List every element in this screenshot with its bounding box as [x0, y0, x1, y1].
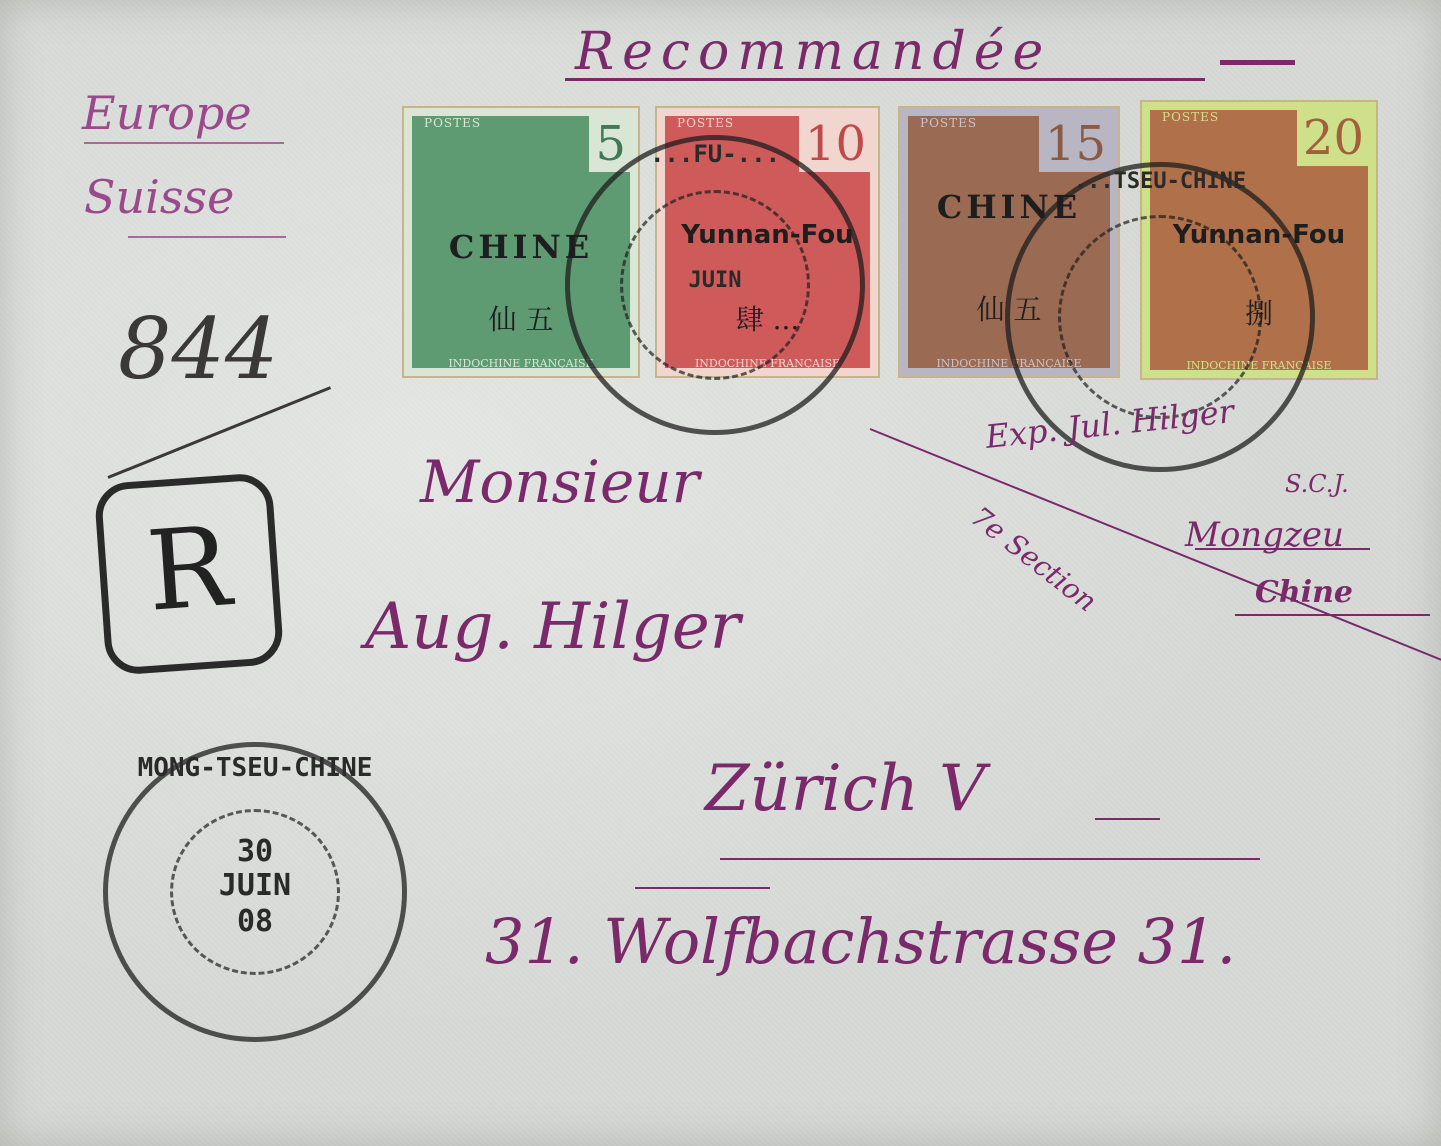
stamp-postes-label: POSTES — [920, 116, 977, 130]
street-overline — [635, 887, 770, 889]
stamp-postes-label: POSTES — [677, 116, 734, 130]
sender-underline-1 — [1195, 548, 1370, 550]
street: 31. Wolfbachstrasse 31. — [485, 905, 1236, 978]
sender-line-2: S.C.J. — [1285, 470, 1349, 498]
postmark-month: JUIN — [570, 270, 860, 292]
city-underline-2 — [1095, 818, 1160, 820]
postmark-text: ...FU-... — [570, 142, 860, 166]
number-underline — [107, 386, 331, 479]
addressee-name: Aug. Hilger — [365, 590, 740, 664]
destination-country: Suisse — [84, 170, 234, 224]
destination-region: Europe — [82, 86, 252, 140]
postmark-day: 30 — [108, 837, 402, 867]
registration-letter: R — [102, 499, 275, 638]
postmark-text: ...TSEU-CHINE — [1010, 171, 1310, 193]
stamp-value: 20 — [1297, 110, 1370, 166]
postmark-mong-tseu: MONG-TSEU-CHINE 30 JUIN 08 — [103, 742, 407, 1042]
postmark-text: MONG-TSEU-CHINE — [108, 755, 402, 781]
registration-label: R — [94, 472, 285, 676]
registration-number: 844 — [118, 300, 278, 398]
postmark-year: 08 — [108, 907, 402, 937]
recommandee-header: Recommandée — [575, 22, 1051, 82]
city: Zürich V — [705, 752, 985, 826]
city-underline-1 — [720, 858, 1260, 860]
envelope: Recommandée Europe Suisse 844 R POSTES 5… — [0, 0, 1441, 1146]
sender-line-5: 7e Section — [965, 500, 1103, 618]
stamp-value: 15 — [1039, 116, 1112, 172]
country-underline — [128, 236, 286, 238]
postmark-month: JUIN — [108, 871, 402, 901]
header-dash — [1220, 60, 1295, 65]
addressee-salutation: Monsieur — [420, 448, 699, 516]
postmark-cancel-left: ...FU-... JUIN — [565, 135, 865, 435]
header-underline — [565, 78, 1205, 81]
region-underline — [84, 142, 284, 144]
stamp-postes-label: POSTES — [1162, 110, 1219, 124]
stamp-postes-label: POSTES — [424, 116, 481, 130]
